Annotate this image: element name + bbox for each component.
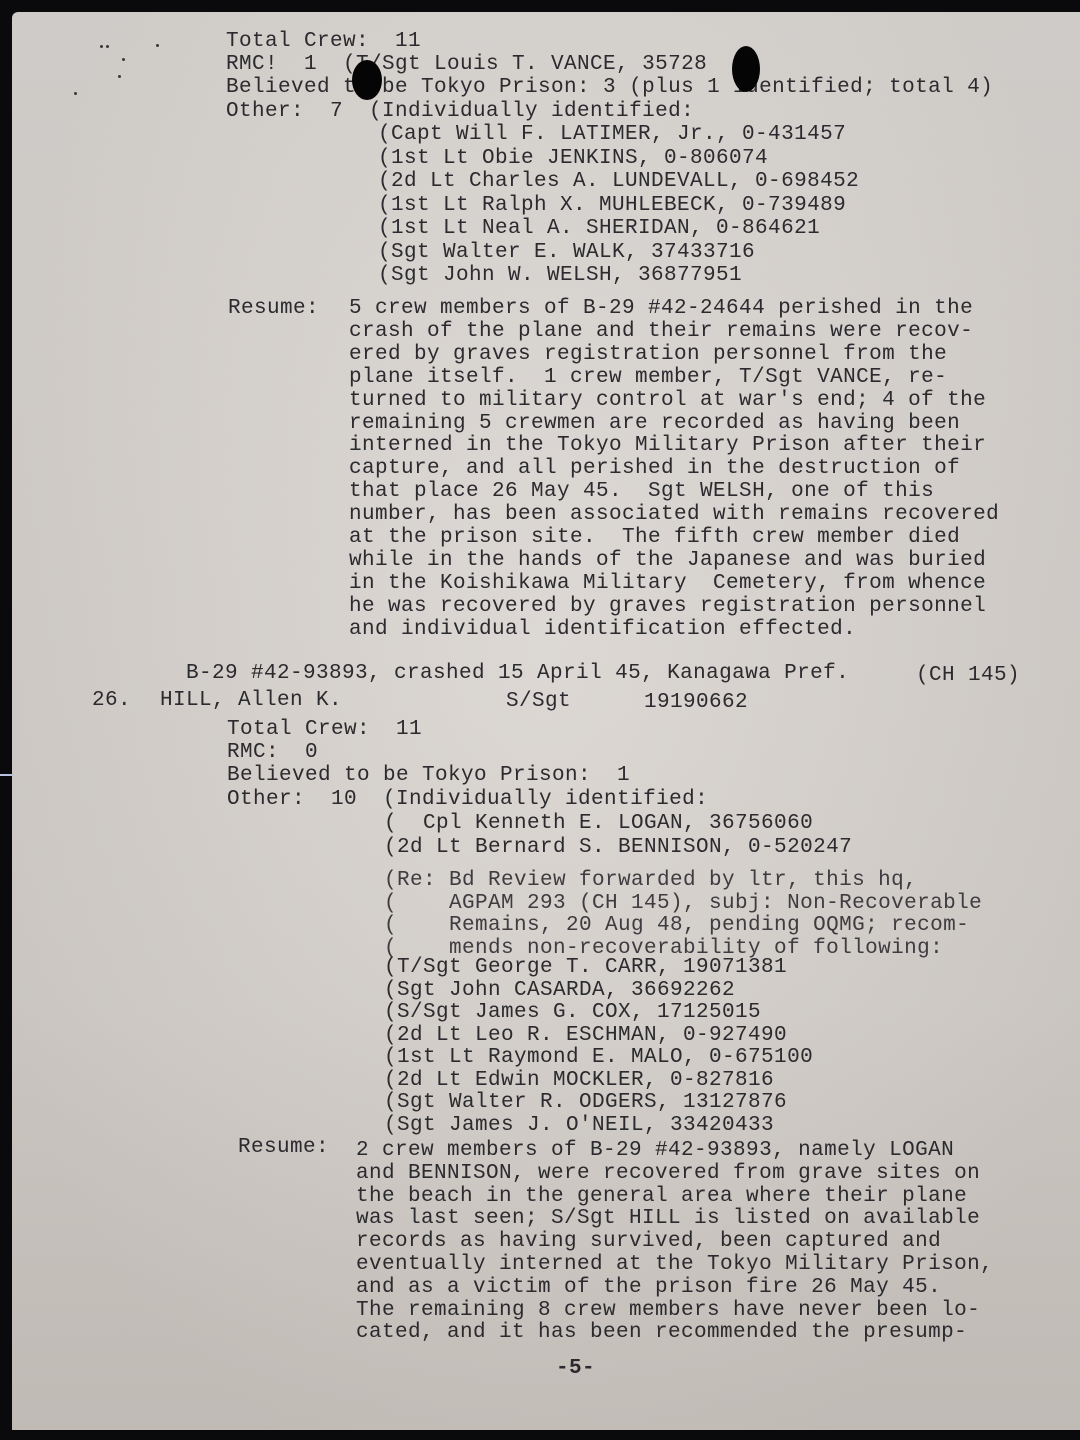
ink-speck [100, 45, 103, 48]
resume-text-line: plane itself. 1 crew member, T/Sgt VANCE… [349, 366, 947, 389]
resume-text-line: records as having survived, been capture… [356, 1230, 941, 1253]
edge-highlight [0, 774, 14, 776]
aircraft-heading: B-29 #42-93893, crashed 15 April 45, Kan… [186, 662, 849, 685]
resume-text-line: 2 crew members of B-29 #42-93893, namely… [356, 1139, 954, 1162]
crew-member-line: (1st Lt Raymond E. MALO, 0-675100 [384, 1046, 813, 1069]
other-line: Other: 10 (Individually identified: [227, 788, 708, 811]
resume-label: Resume: [228, 297, 319, 320]
review-text-line: ( Remains, 20 Aug 48, pending OQMG; reco… [384, 914, 969, 937]
resume-text-line: and BENNISON, were recovered from grave … [356, 1162, 980, 1185]
resume-label: Resume: [238, 1136, 329, 1159]
total-crew-line: Total Crew: 11 [226, 30, 421, 53]
resume-text-line: and individual identification effected. [349, 618, 856, 641]
ink-speck [74, 92, 77, 95]
resume-text-line: 5 crew members of B-29 #42-24644 perishe… [349, 297, 973, 320]
ink-speck [122, 58, 125, 61]
resume-text-line: turned to military control at war's end;… [349, 389, 986, 412]
entry-name: HILL, Allen K. [160, 689, 342, 712]
resume-text-line: The remaining 8 crew members have never … [356, 1299, 980, 1322]
resume-text-line: interned in the Tokyo Military Prison af… [349, 434, 986, 457]
crew-member-line: (Sgt James J. O'NEIL, 33420433 [384, 1114, 774, 1137]
ink-speck [106, 45, 109, 48]
resume-text-line: and as a victim of the prison fire 26 Ma… [356, 1276, 941, 1299]
resume-text-line: in the Koishikawa Military Cemetery, fro… [349, 572, 986, 595]
resume-text-line: while in the hands of the Japanese and w… [349, 549, 986, 572]
resume-text-line: number, has been associated with remains… [349, 503, 999, 526]
crew-member-line: (Sgt Walter E. WALK, 37433716 [378, 241, 755, 264]
punch-hole [352, 60, 382, 100]
resume-text-line: cated, and it has been recommended the p… [356, 1321, 967, 1344]
resume-text-line: was last seen; S/Sgt HILL is listed on a… [356, 1207, 980, 1230]
ink-speck [156, 44, 159, 47]
resume-text-line: that place 26 May 45. Sgt WELSH, one of … [349, 480, 934, 503]
crew-member-line: (Sgt Walter R. ODGERS, 13127876 [384, 1091, 787, 1114]
crew-member-line: (Sgt John W. WELSH, 36877951 [378, 264, 742, 287]
resume-text-line: eventually interned at the Tokyo Militar… [356, 1253, 993, 1276]
total-crew-line: Total Crew: 11 [227, 718, 422, 741]
believed-tokyo-prison-line: Believed to be Tokyo Prison: 3 (plus 1 i… [226, 76, 993, 99]
resume-text-line: the beach in the general area where thei… [356, 1185, 967, 1208]
crew-member-line: (2d Lt Leo R. ESCHMAN, 0-927490 [384, 1024, 787, 1047]
entry-number: 26. [92, 689, 131, 712]
rmc-line: RMC: 0 [227, 741, 318, 764]
believed-tokyo-prison-line: Believed to be Tokyo Prison: 1 [227, 764, 630, 787]
resume-text-line: he was recovered by graves registration … [349, 595, 986, 618]
entry-serial: 19190662 [644, 691, 748, 714]
crew-member-line: (Capt Will F. LATIMER, Jr., 0-431457 [378, 123, 846, 146]
crew-member-line: (S/Sgt James G. COX, 17125015 [384, 1001, 761, 1024]
crew-member-line: (2d Lt Bernard S. BENNISON, 0-520247 [384, 836, 852, 859]
crew-member-line: (1st Lt Obie JENKINS, 0-806074 [378, 147, 768, 170]
entry-rank: S/Sgt [506, 690, 571, 713]
page-number: -5- [556, 1357, 595, 1380]
resume-text-line: at the prison site. The fifth crew membe… [349, 526, 960, 549]
rmc-line: RMC! 1 (T/Sgt Louis T. VANCE, 35728 4) [226, 53, 759, 76]
crew-member-line: (1st Lt Neal A. SHERIDAN, 0-864621 [378, 217, 820, 240]
resume-text-line: crash of the plane and their remains wer… [349, 320, 973, 343]
crew-member-line: (2d Lt Charles A. LUNDEVALL, 0-698452 [378, 170, 859, 193]
other-line: Other: 7 (Individually identified: [226, 100, 694, 123]
crew-member-line: (1st Lt Ralph X. MUHLEBECK, 0-739489 [378, 194, 846, 217]
review-text-line: (Re: Bd Review forwarded by ltr, this hq… [384, 869, 917, 892]
review-text-line: ( AGPAM 293 (CH 145), subj: Non-Recovera… [384, 892, 982, 915]
crew-member-line: (2d Lt Edwin MOCKLER, 0-827816 [384, 1069, 774, 1092]
resume-text-line: remaining 5 crewmen are recorded as havi… [349, 412, 960, 435]
resume-text-line: ered by graves registration personnel fr… [349, 343, 947, 366]
ink-speck [118, 75, 121, 78]
resume-text-line: capture, and all perished in the destruc… [349, 457, 960, 480]
crew-member-line: (T/Sgt George T. CARR, 19071381 [384, 956, 787, 979]
crew-member-line: (Sgt John CASARDA, 36692262 [384, 979, 735, 1002]
aircraft-heading-ref: (CH 145) [916, 664, 1020, 687]
crew-member-line: ( Cpl Kenneth E. LOGAN, 36756060 [384, 812, 813, 835]
punch-hole [732, 46, 760, 92]
